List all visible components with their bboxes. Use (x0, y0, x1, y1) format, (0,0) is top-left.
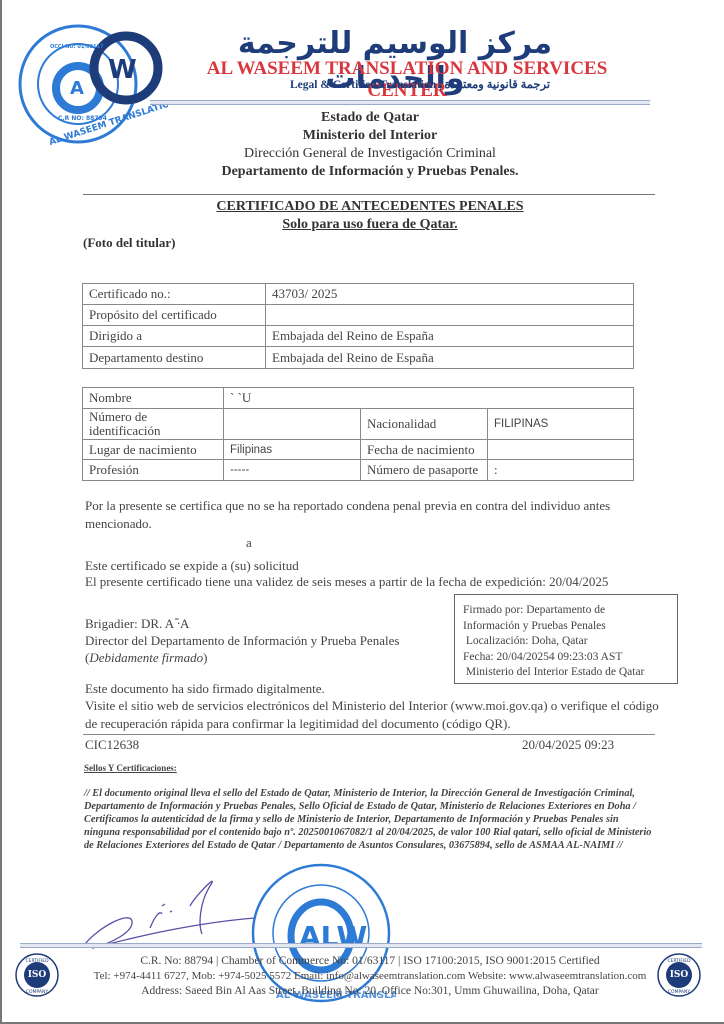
company-stamp-top: A W C.R NO: 88794 AL WASEEM TRANSLATION … (8, 14, 168, 154)
footer-registration: C.R. No: 88794 | Chamber of Commerce No:… (70, 955, 670, 967)
pasaporte-value: : (488, 460, 634, 481)
fecha-label: Fecha de nacimiento (361, 440, 488, 460)
company-tagline: Legal & Certified Translation | ترجمة قا… (240, 77, 600, 91)
table-row: Dirigido a Embajada del Reino de España (83, 326, 634, 347)
row-value: 43703/ 2025 (266, 284, 634, 305)
row-label: Certificado no.: (83, 284, 266, 305)
svg-text:OCCI NO: 01/63117: OCCI NO: 01/63117 (50, 44, 104, 50)
digitally-signed-note: Este documento ha sido firmado digitalme… (85, 680, 325, 698)
table-row: Departamento destino Embajada del Reino … (83, 347, 634, 369)
authority-directorate: Dirección General de Investigación Crimi… (180, 146, 560, 162)
table-row: Número de identificación Nacionalidad FI… (83, 409, 634, 440)
svg-text:A: A (70, 78, 84, 99)
svg-text:COMPANY: COMPANY (26, 989, 48, 995)
stray-text: a (246, 534, 252, 552)
footer-contact: Tel: +974-4411 6727, Mob: +974-5025 5572… (70, 970, 670, 982)
nacionalidad-value: FILIPINAS (488, 409, 634, 440)
profesion-value: ----- (224, 460, 361, 481)
verification-instructions: Visite el sitio web de servicios electró… (85, 697, 665, 733)
row-value: Embajada del Reino de España (266, 347, 634, 369)
id-label: Número de identificación (83, 409, 224, 440)
signed-note: (Debidamente firmado) (85, 649, 207, 667)
verification-divider (83, 734, 655, 735)
profesion-label: Profesión (83, 460, 224, 481)
signatory-name: Brigadier: DR. A ᐧ̄A (85, 615, 189, 633)
row-label: Departamento destino (83, 347, 266, 369)
authority-department: Departamento de Información y Pruebas Pe… (180, 164, 560, 180)
row-label: Dirigido a (83, 326, 266, 347)
sig-ministry: Ministerio del Interior Estado de Qatar (463, 665, 669, 681)
svg-text:COMPANY: COMPANY (668, 989, 690, 995)
sig-date: Fecha: 20/04/20254 09:23:03 AST (463, 650, 669, 666)
verification-datetime: 20/04/2025 09:23 (522, 736, 614, 754)
photo-label: (Foto del titular) (83, 235, 175, 251)
table-row: Profesión ----- Número de pasaporte : (83, 460, 634, 481)
svg-text:ISO: ISO (28, 970, 47, 980)
signatory-title: Director del Departamento de Información… (85, 632, 399, 650)
validity-statement: El presente certificado tiene una valide… (85, 573, 685, 591)
footer-divider (20, 943, 702, 948)
section-divider (83, 194, 655, 195)
id-value (224, 409, 361, 440)
row-value (266, 305, 634, 326)
sig-line-1: Firmado por: Departamento de (463, 603, 669, 619)
sig-line-2: Información y Pruebas Penales (463, 619, 669, 635)
table-row: Lugar de nacimiento Filipinas Fecha de n… (83, 440, 634, 460)
table-row: Certificado no.: 43703/ 2025 (83, 284, 634, 305)
svg-text:CERTIFIED: CERTIFIED (667, 958, 691, 964)
sig-location: Localización: Doha, Qatar (463, 634, 669, 650)
digital-signature-box: Firmado por: Departamento de Información… (454, 594, 678, 684)
svg-text:ISO: ISO (670, 970, 689, 980)
svg-text:CERTIFIED: CERTIFIED (25, 958, 49, 964)
certificate-subtitle: Solo para uso fuera de Qatar. (150, 217, 590, 233)
fecha-value (488, 440, 634, 460)
seals-heading: Sellos Y Certificaciones: (84, 763, 177, 773)
nacionalidad-label: Nacionalidad (361, 409, 488, 440)
nombre-label: Nombre (83, 388, 224, 409)
pasaporte-label: Número de pasaporte (361, 460, 488, 481)
iso-badge-left: ISO CERTIFIED COMPANY (14, 952, 60, 998)
table-row: Nombre ˋ ˋU (83, 388, 634, 409)
verification-code: CIC12638 (85, 736, 139, 754)
certification-statement: Por la presente se certifica que no se h… (85, 497, 645, 533)
row-label: Propósito del certificado (83, 305, 266, 326)
certificate-info-table: Certificado no.: 43703/ 2025 Propósito d… (82, 283, 634, 369)
authority-ministry: Ministerio del Interior (180, 128, 560, 144)
row-value: Embajada del Reino de España (266, 326, 634, 347)
footer-address: Address: Saeed Bin Al Aas Street, Buildi… (70, 985, 670, 997)
lugar-value: Filipinas (224, 440, 361, 460)
letterhead-divider (150, 100, 650, 105)
lugar-label: Lugar de nacimiento (83, 440, 224, 460)
certificate-title: CERTIFICADO DE ANTECEDENTES PENALES (150, 199, 590, 215)
authority-state: Estado de Qatar (180, 110, 560, 126)
seals-text: // El documento original lleva el sello … (84, 787, 654, 852)
table-row: Propósito del certificado (83, 305, 634, 326)
personal-data-table: Nombre ˋ ˋU Número de identificación Nac… (82, 387, 634, 481)
nombre-value: ˋ ˋU (224, 388, 634, 409)
svg-text:W: W (108, 55, 137, 85)
svg-text:ALW: ALW (299, 920, 367, 953)
